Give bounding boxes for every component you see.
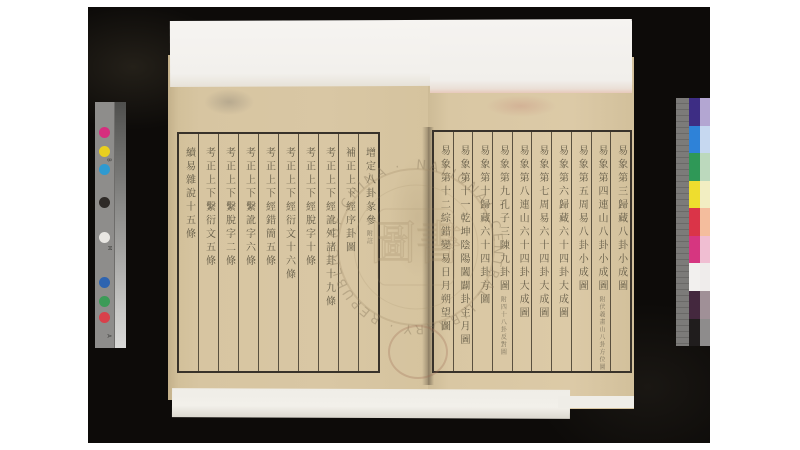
toc-entry-text: 易象第三歸藏八卦小成圖	[616, 145, 626, 294]
patch-swatch-tint	[700, 181, 711, 209]
toc-column: 考正上下繫脫字二條	[218, 134, 238, 371]
toc-entry-text: 考正上下繫訛字六條	[244, 147, 254, 269]
toc-entry-text: 考正上下經衍文十六條	[284, 147, 294, 282]
patch-row	[689, 208, 710, 236]
toc-entry-text: 易象第十歸藏六十四卦方圖	[478, 145, 488, 307]
toc-entry-text: 易象第十二綜錯變易日月朔望圖	[438, 145, 448, 334]
ruler-strip	[676, 98, 689, 346]
scanner-bed: 增定八卦彖參附註補正上下經序卦圖考正上下經訛舛諸卦十九條考正上下經脫字十條考正上…	[88, 7, 710, 443]
patch-row	[689, 181, 710, 209]
toc-entry-text: 補正上下經序卦圖	[344, 147, 354, 255]
patch-swatch-tint	[700, 263, 711, 291]
toc-column: 易象第六歸藏六十四卦大成圖	[551, 132, 571, 371]
toc-column: 考正上下繫衍文五條	[198, 134, 218, 371]
patch-swatch	[689, 181, 700, 209]
toc-entry-text: 考正上下繫脫字二條	[224, 147, 234, 269]
toc-column: 考正上下經衍文十六條	[278, 134, 298, 371]
interleaf-sheet-bottom	[172, 388, 570, 419]
patch-swatch-tint	[700, 208, 711, 236]
color-separation-guide-left: BMA	[95, 102, 126, 348]
toc-entry-text: 續易雜說十五條	[184, 147, 194, 242]
toc-column: 易象第十一乾坤陰陽闔闢卦主月圖	[453, 132, 473, 371]
color-patch-target-right	[676, 98, 710, 346]
toc-entry-note: 附四十八卦反對圖	[499, 296, 505, 356]
toc-entry-text: 易象第四連山八卦小成圖	[596, 145, 606, 294]
toc-entry-text: 考正上下經錯簡五條	[264, 147, 274, 269]
patch-swatch	[689, 208, 700, 236]
toc-entry-text: 易象第十一乾坤陰陽闔闢卦主月圖	[458, 145, 468, 348]
patch-swatch	[689, 126, 700, 154]
patch-swatch	[689, 319, 700, 347]
patch-grid	[689, 98, 710, 346]
patch-swatch-tint	[700, 236, 711, 264]
toc-column: 考正上下經訛舛諸卦十九條	[318, 134, 338, 371]
toc-column: 易象第五周易八卦小成圖	[571, 132, 591, 371]
ruler-letter: B	[106, 158, 112, 161]
color-dot-magenta	[99, 127, 110, 138]
patch-swatch-tint	[700, 98, 711, 126]
left-page-text-frame: 增定八卦彖參附註補正上下經序卦圖考正上下經訛舛諸卦十九條考正上下經脫字十條考正上…	[177, 132, 380, 373]
toc-column: 易象第七周易六十四卦大成圖	[531, 132, 551, 371]
paper-stain	[486, 95, 556, 117]
toc-entry-text: 考正上下經訛舛諸卦十九條	[324, 147, 334, 309]
toc-column: 易象第八連山六十四卦大成圖	[512, 132, 532, 371]
patch-swatch-tint	[700, 291, 711, 319]
toc-column: 易象第四連山八卦小成圖附伏羲畫山八卦方位圖	[591, 132, 611, 371]
toc-column: 考正上下經脫字十條	[298, 134, 318, 371]
patch-swatch-tint	[700, 319, 711, 347]
toc-column: 續易雜說十五條	[179, 134, 198, 371]
toc-entry-text: 易象第八連山六十四卦大成圖	[517, 145, 527, 321]
toc-column: 易象第三歸藏八卦小成圖	[610, 132, 630, 371]
color-dots-strip: BMA	[95, 102, 115, 348]
patch-swatch	[689, 98, 700, 126]
right-page-text-frame: 易象第三歸藏八卦小成圖易象第四連山八卦小成圖附伏羲畫山八卦方位圖易象第五周易八卦…	[432, 130, 632, 373]
patch-row	[689, 153, 710, 181]
grayscale-wedge	[115, 102, 126, 348]
ruler-letter: A	[106, 334, 112, 337]
color-dot-cyan	[99, 164, 110, 175]
patch-swatch	[689, 263, 700, 291]
patch-row	[689, 263, 710, 291]
toc-entry-text: 易象第九孔子三陳九卦圖	[497, 145, 507, 294]
toc-entry-text: 易象第六歸藏六十四卦大成圖	[557, 145, 567, 321]
toc-entry-text: 考正上下經脫字十條	[304, 147, 314, 269]
patch-swatch-tint	[700, 153, 711, 181]
toc-column: 增定八卦彖參附註	[358, 134, 378, 371]
patch-row	[689, 319, 710, 347]
color-dot-green	[99, 296, 110, 307]
toc-entry-text: 考正上下繫衍文五條	[204, 147, 214, 269]
toc-column: 易象第十歸藏六十四卦方圖	[472, 132, 492, 371]
color-dot-red	[99, 312, 110, 323]
interleaf-sheet-top-right	[430, 21, 632, 93]
patch-swatch-tint	[700, 126, 711, 154]
ruler-letter: M	[106, 246, 112, 250]
patch-swatch	[689, 236, 700, 264]
patch-swatch	[689, 153, 700, 181]
patch-swatch	[689, 291, 700, 319]
toc-entry-note: 附伏羲畫山八卦方位圖	[598, 296, 604, 371]
patch-row	[689, 98, 710, 126]
color-dot-black	[99, 197, 110, 208]
interleaf-sheet-bottom-right	[558, 396, 634, 408]
faded-stamp-ring	[388, 325, 448, 379]
toc-column: 易象第九孔子三陳九卦圖附四十八卦反對圖	[492, 132, 512, 371]
toc-column: 考正上下繫訛字六條	[238, 134, 258, 371]
color-dot-yellow	[99, 146, 110, 157]
scan-viewport: 增定八卦彖參附註補正上下經序卦圖考正上下經訛舛諸卦十九條考正上下經脫字十條考正上…	[0, 0, 800, 450]
toc-entry-note: 附註	[366, 230, 372, 245]
paper-stain	[204, 89, 254, 115]
toc-entry-text: 易象第七周易六十四卦大成圖	[537, 145, 547, 321]
patch-row	[689, 126, 710, 154]
toc-entry-text: 易象第五周易八卦小成圖	[576, 145, 586, 294]
patch-row	[689, 291, 710, 319]
patch-row	[689, 236, 710, 264]
toc-column: 補正上下經序卦圖	[338, 134, 358, 371]
color-dot-blue	[99, 277, 110, 288]
toc-entry-text: 增定八卦彖參	[364, 147, 374, 228]
color-dot-white	[99, 232, 110, 243]
toc-column: 考正上下經錯簡五條	[258, 134, 278, 371]
